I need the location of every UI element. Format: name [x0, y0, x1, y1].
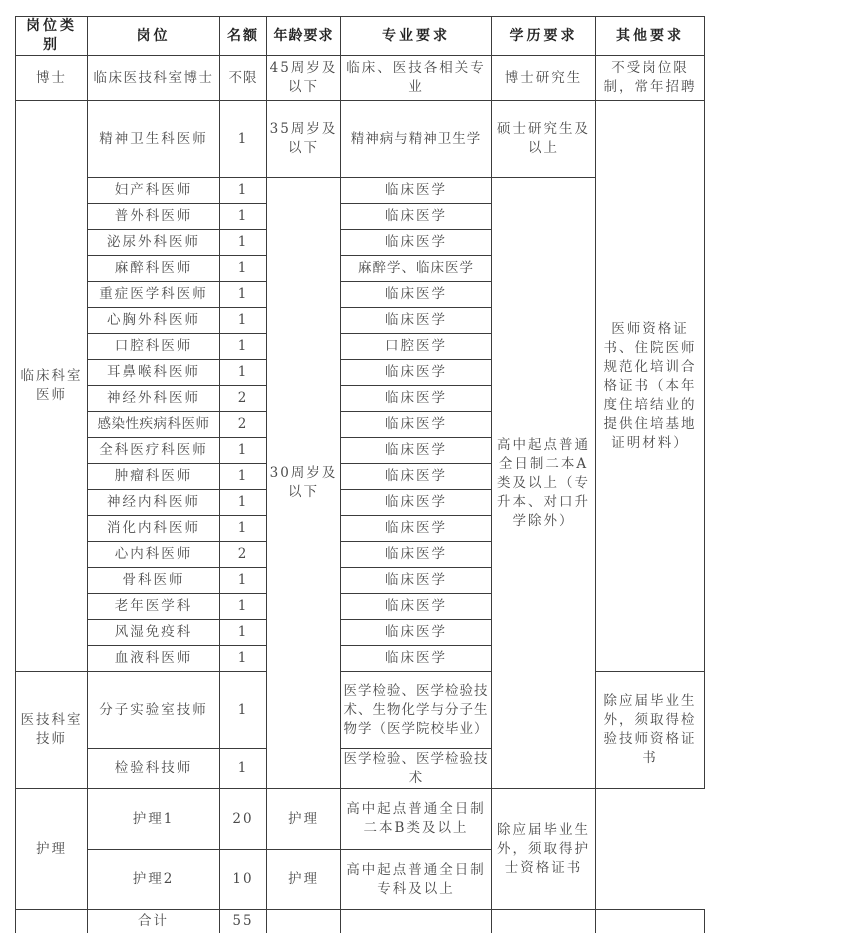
position-cell: 心内科医师 [88, 542, 220, 568]
total-other-empty [596, 910, 705, 933]
category-clinical: 临床科室医师 [16, 101, 88, 672]
position-cell: 血液科医师 [88, 646, 220, 672]
quota-cell: 10 [220, 850, 267, 910]
quota-cell: 1 [220, 178, 267, 204]
position-cell: 检验科技师 [88, 749, 220, 789]
total-quota: 55 [220, 910, 267, 933]
total-major-empty [341, 910, 492, 933]
table-row: 护理2 10 护理 高中起点普通全日制专科及以上 [16, 850, 705, 910]
major-cell: 临床、医技各相关专业 [341, 56, 492, 101]
position-cell: 全科医疗科医师 [88, 438, 220, 464]
quota-cell: 2 [220, 542, 267, 568]
total-category-empty [16, 910, 88, 933]
position-cell: 临床医技科室博士 [88, 56, 220, 101]
quota-cell: 1 [220, 438, 267, 464]
major-cell: 临床医学 [341, 438, 492, 464]
other-cell: 医师资格证书、住院医师规范化培训合格证书（本年度住培结业的提供住培基地证明材料） [596, 101, 705, 672]
position-cell: 感染性疾病科医师 [88, 412, 220, 438]
major-cell: 临床医学 [341, 308, 492, 334]
position-cell: 风湿免疫科 [88, 620, 220, 646]
quota-cell: 2 [220, 386, 267, 412]
major-cell: 麻醉学、临床医学 [341, 256, 492, 282]
other-cell: 除应届毕业生外，须取得检验技师资格证书 [596, 672, 705, 789]
quota-cell: 1 [220, 256, 267, 282]
total-label: 合计 [88, 910, 220, 933]
education-cell: 硕士研究生及以上 [492, 101, 596, 178]
age-cell: 30周岁及以下 [267, 178, 341, 789]
major-cell: 临床医学 [341, 594, 492, 620]
major-cell: 临床医学 [341, 464, 492, 490]
major-cell: 临床医学 [341, 204, 492, 230]
position-cell: 消化内科医师 [88, 516, 220, 542]
quota-cell: 1 [220, 204, 267, 230]
major-cell: 临床医学 [341, 282, 492, 308]
quota-cell: 1 [220, 568, 267, 594]
major-cell: 口腔医学 [341, 334, 492, 360]
position-cell: 耳鼻喉科医师 [88, 360, 220, 386]
major-cell: 临床医学 [341, 412, 492, 438]
table-row: 医技科室技师 分子实验室技师 1 医学检验、医学检验技术、生物化学与分子生物学（… [16, 672, 705, 749]
total-age-empty [267, 910, 341, 933]
major-cell: 医学检验、医学检验技术 [341, 749, 492, 789]
quota-cell: 1 [220, 646, 267, 672]
quota-cell: 1 [220, 101, 267, 178]
major-cell: 临床医学 [341, 230, 492, 256]
major-cell: 临床医学 [341, 542, 492, 568]
major-cell: 临床医学 [341, 646, 492, 672]
position-cell: 麻醉科医师 [88, 256, 220, 282]
table-row-phd: 博士 临床医技科室博士 不限 45周岁及以下 临床、医技各相关专业 博士研究生 … [16, 56, 705, 101]
quota-cell: 1 [220, 308, 267, 334]
major-cell: 临床医学 [341, 568, 492, 594]
education-cell: 高中起点普通全日制二本B类及以上 [341, 789, 492, 850]
position-cell: 精神卫生科医师 [88, 101, 220, 178]
quota-cell: 2 [220, 412, 267, 438]
major-cell: 临床医学 [341, 386, 492, 412]
education-cell: 高中起点普通全日制专科及以上 [341, 850, 492, 910]
category-tech: 医技科室技师 [16, 672, 88, 789]
position-cell: 重症医学科医师 [88, 282, 220, 308]
position-cell: 普外科医师 [88, 204, 220, 230]
age-cell: 45周岁及以下 [267, 56, 341, 101]
table-row-total: 合计 55 [16, 910, 705, 933]
header-age: 年龄要求 [267, 17, 341, 56]
major-cell: 临床医学 [341, 516, 492, 542]
age-cell: 35周岁及以下 [267, 101, 341, 178]
quota-cell: 1 [220, 749, 267, 789]
quota-cell: 1 [220, 516, 267, 542]
position-cell: 护理1 [88, 789, 220, 850]
header-quota: 名额 [220, 17, 267, 56]
quota-cell: 20 [220, 789, 267, 850]
major-cell: 临床医学 [341, 620, 492, 646]
major-cell: 护理 [267, 789, 341, 850]
total-education-empty [492, 910, 596, 933]
recruitment-table: 岗位类别 岗位 名额 年龄要求 专业要求 学历要求 其他要求 博士 临床医技科室… [15, 16, 705, 933]
category-nursing: 护理 [16, 789, 88, 910]
education-cell: 博士研究生 [492, 56, 596, 101]
quota-cell: 1 [220, 360, 267, 386]
quota-cell: 1 [220, 594, 267, 620]
quota-cell: 不限 [220, 56, 267, 101]
quota-cell: 1 [220, 464, 267, 490]
quota-cell: 1 [220, 230, 267, 256]
position-cell: 妇产科医师 [88, 178, 220, 204]
table-row: 护理 护理1 20 护理 高中起点普通全日制二本B类及以上 除应届毕业生外，须取… [16, 789, 705, 850]
major-cell: 临床医学 [341, 490, 492, 516]
major-cell: 临床医学 [341, 360, 492, 386]
position-cell: 心胸外科医师 [88, 308, 220, 334]
header-position: 岗位 [88, 17, 220, 56]
quota-cell: 1 [220, 282, 267, 308]
position-cell: 老年医学科 [88, 594, 220, 620]
major-cell: 临床医学 [341, 178, 492, 204]
table-row: 临床科室医师 精神卫生科医师 1 35周岁及以下 精神病与精神卫生学 硕士研究生… [16, 101, 705, 178]
position-cell: 泌尿外科医师 [88, 230, 220, 256]
education-cell: 高中起点普通全日制二本A类及以上（专升本、对口升学除外） [492, 178, 596, 789]
quota-cell: 1 [220, 490, 267, 516]
position-cell: 分子实验室技师 [88, 672, 220, 749]
position-cell: 骨科医师 [88, 568, 220, 594]
quota-cell: 1 [220, 334, 267, 360]
major-cell: 医学检验、医学检验技术、生物化学与分子生物学（医学院校毕业） [341, 672, 492, 749]
major-cell: 精神病与精神卫生学 [341, 101, 492, 178]
category-phd: 博士 [16, 56, 88, 101]
position-cell: 神经内科医师 [88, 490, 220, 516]
position-cell: 口腔科医师 [88, 334, 220, 360]
header-row: 岗位类别 岗位 名额 年龄要求 专业要求 学历要求 其他要求 [16, 17, 705, 56]
header-major: 专业要求 [341, 17, 492, 56]
position-cell: 护理2 [88, 850, 220, 910]
other-cell: 除应届毕业生外，须取得护士资格证书 [492, 789, 596, 910]
position-cell: 肿瘤科医师 [88, 464, 220, 490]
header-other: 其他要求 [596, 17, 705, 56]
quota-cell: 1 [220, 620, 267, 646]
position-cell: 神经外科医师 [88, 386, 220, 412]
other-cell: 不受岗位限制，常年招聘 [596, 56, 705, 101]
header-category: 岗位类别 [16, 17, 88, 56]
header-education: 学历要求 [492, 17, 596, 56]
major-cell: 护理 [267, 850, 341, 910]
quota-cell: 1 [220, 672, 267, 749]
